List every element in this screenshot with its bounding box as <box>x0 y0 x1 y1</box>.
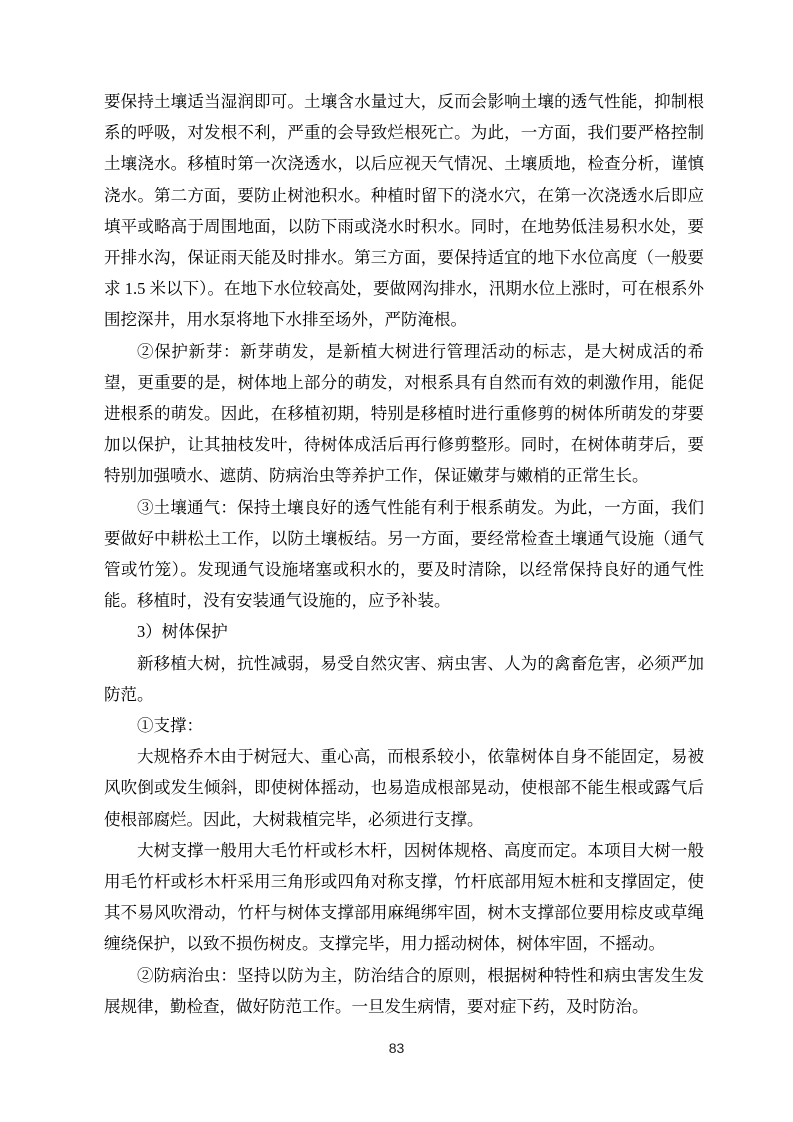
paragraph-soil-watering: 要保持土壤适当湿润即可。土壤含水量过大，反而会影响土壤的透气性能，抑制根系的呼吸… <box>104 86 704 336</box>
paragraph-tree-vulnerability: 新移植大树，抗性减弱，易受自然灾害、病虫害、人为的禽畜危害，必须严加防范。 <box>104 648 704 710</box>
paragraph-soil-aeration: ③土壤通气：保持土壤良好的透气性能有利于根系萌发。为此，一方面，我们要做好中耕松… <box>104 492 704 617</box>
paragraph-pest-disease-control: ②防病治虫：坚持以防为主，防治结合的原则，根据树种特性和病虫害发生发展规律，勤检… <box>104 960 704 1022</box>
page-number: 83 <box>0 1040 793 1056</box>
paragraph-support-necessity: 大规格乔木由于树冠大、重心高，而根系较小，依靠树体自身不能固定，易被风吹倒或发生… <box>104 741 704 835</box>
heading-tree-body-protection: 3）树体保护 <box>104 616 704 647</box>
page-body-text: 要保持土壤适当湿润即可。土壤含水量过大，反而会影响土壤的透气性能，抑制根系的呼吸… <box>104 86 704 1022</box>
document-page: 要保持土壤适当湿润即可。土壤含水量过大，反而会影响土壤的透气性能，抑制根系的呼吸… <box>0 0 793 1122</box>
paragraph-support-method: 大树支撑一般用大毛竹杆或杉木杆，因树体规格、高度而定。本项目大树一般用毛竹杆或杉… <box>104 835 704 960</box>
paragraph-protect-new-buds: ②保护新芽：新芽萌发，是新植大树进行管理活动的标志，是大树成活的希望，更重要的是… <box>104 336 704 492</box>
heading-support: ①支撑： <box>104 710 704 741</box>
